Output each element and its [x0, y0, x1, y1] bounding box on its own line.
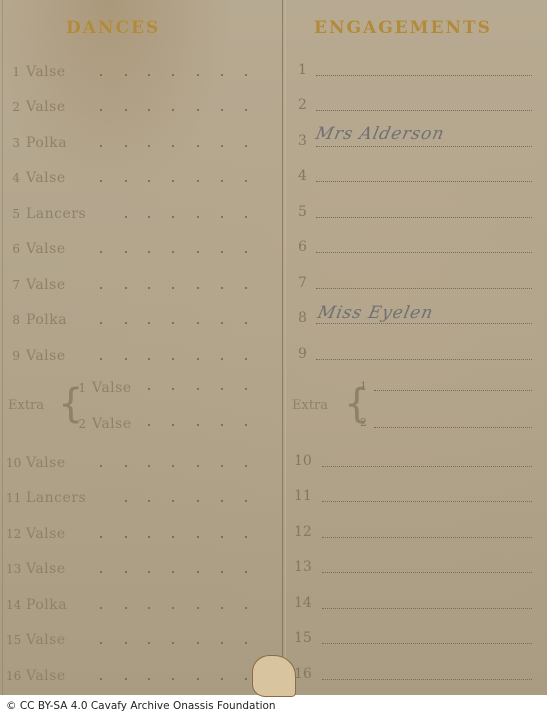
- dance-name: Polka: [26, 312, 67, 328]
- leader-dot: [221, 358, 223, 360]
- engagement-line[interactable]: [316, 288, 532, 289]
- leader-dot: [172, 642, 174, 644]
- leader-dot: [172, 678, 174, 680]
- dance-row: 12Valse: [6, 522, 66, 546]
- dance-name: Polka: [26, 597, 67, 613]
- dance-row: 2Valse: [6, 95, 66, 119]
- leader-dot: [148, 322, 150, 324]
- leader-dot: [245, 500, 247, 502]
- leader-dot: [125, 500, 127, 502]
- dance-row: 3Polka: [6, 131, 67, 155]
- engagement-line[interactable]: [322, 466, 532, 467]
- leader-dot: [221, 287, 223, 289]
- dance-row: 7Valse: [6, 273, 66, 297]
- engagement-extra-line[interactable]: [374, 390, 532, 391]
- center-fold-highlight: [285, 0, 286, 695]
- engagement-number: 13: [294, 559, 312, 575]
- engagement-number: 6: [298, 239, 307, 255]
- engagement-number: 4: [298, 168, 307, 184]
- leader-dot: [197, 500, 199, 502]
- dance-number: 2: [6, 100, 20, 114]
- leader-dot: [197, 642, 199, 644]
- leader-dot: [148, 607, 150, 609]
- engagement-line[interactable]: [316, 323, 532, 324]
- dance-row: 5Lancers: [6, 202, 86, 226]
- dance-row: 10Valse: [6, 451, 66, 475]
- dances-extra-item: 1 Valse: [72, 376, 132, 400]
- dance-name: Valse: [26, 170, 66, 186]
- dance-row: 11Lancers: [6, 486, 86, 510]
- engagement-extra-line[interactable]: [374, 427, 532, 428]
- engagement-line[interactable]: [322, 537, 532, 538]
- leader-dot: [172, 216, 174, 218]
- dance-row: 13Valse: [6, 557, 66, 581]
- leader-dot: [125, 607, 127, 609]
- leader-dot: [100, 74, 102, 76]
- dance-name: Valse: [26, 64, 66, 80]
- engagement-line[interactable]: [316, 181, 532, 182]
- leader-dot: [221, 571, 223, 573]
- leader-dot: [221, 180, 223, 182]
- dances-extra-item: 2 Valse: [72, 412, 132, 436]
- leader-dot: [172, 74, 174, 76]
- engagements-heading: ENGAGEMENTS: [314, 18, 492, 38]
- dance-number: 3: [6, 136, 20, 150]
- dance-extra-name: Valse: [92, 380, 132, 396]
- engagement-line[interactable]: [322, 608, 532, 609]
- engagement-number: 11: [294, 488, 312, 504]
- dance-row: 14Polka: [6, 593, 67, 617]
- leader-dot: [197, 322, 199, 324]
- engagement-line[interactable]: [322, 501, 532, 502]
- leader-dot: [245, 145, 247, 147]
- card-edge: [2, 0, 3, 695]
- leader-dot: [197, 678, 199, 680]
- leader-dot: [197, 571, 199, 573]
- leader-dot: [197, 536, 199, 538]
- dance-name: Valse: [26, 348, 66, 364]
- leader-dot: [125, 180, 127, 182]
- engagement-number: 7: [298, 275, 307, 291]
- leader-dot: [100, 607, 102, 609]
- dance-number: 1: [6, 65, 20, 79]
- leader-dot: [125, 465, 127, 467]
- engagement-extra-number: 1: [360, 380, 367, 393]
- dance-row: 9Valse: [6, 344, 66, 368]
- leader-dot: [172, 607, 174, 609]
- credit-footer: © CC BY-SA 4.0 Cavafy Archive Onassis Fo…: [6, 700, 276, 712]
- leader-dot: [148, 424, 150, 426]
- engagement-line[interactable]: [316, 110, 532, 111]
- leader-dot: [100, 678, 102, 680]
- leader-dot: [245, 678, 247, 680]
- leader-dot: [125, 109, 127, 111]
- engagement-line[interactable]: [322, 643, 532, 644]
- leader-dot: [125, 358, 127, 360]
- torn-corner: [252, 655, 296, 697]
- engagement-number: 9: [298, 346, 307, 362]
- center-fold: [282, 0, 283, 695]
- leader-dot: [245, 642, 247, 644]
- leader-dot: [172, 465, 174, 467]
- leader-dot: [148, 74, 150, 76]
- dance-name: Valse: [26, 526, 66, 542]
- leader-dot: [125, 536, 127, 538]
- dance-row: 6Valse: [6, 237, 66, 261]
- leader-dot: [148, 145, 150, 147]
- engagement-line[interactable]: [316, 359, 532, 360]
- dance-row: 4Valse: [6, 166, 66, 190]
- dance-name: Lancers: [26, 490, 86, 506]
- leader-dot: [125, 145, 127, 147]
- leader-dot: [245, 465, 247, 467]
- leader-dot: [197, 180, 199, 182]
- engagement-line[interactable]: [316, 252, 532, 253]
- leader-dot: [172, 180, 174, 182]
- engagement-number: 14: [294, 595, 312, 611]
- leader-dot: [148, 251, 150, 253]
- dance-number: 16: [6, 669, 20, 683]
- leader-dot: [125, 678, 127, 680]
- leader-dot: [100, 180, 102, 182]
- leader-dot: [148, 536, 150, 538]
- leader-dot: [100, 322, 102, 324]
- leader-dot: [197, 388, 199, 390]
- engagement-line[interactable]: [322, 679, 532, 680]
- leader-dot: [148, 388, 150, 390]
- engagement-extra-number: 2: [360, 416, 367, 429]
- leader-dot: [100, 571, 102, 573]
- dance-card: DANCES ENGAGEMENTS 1Valse2Valse3Polka4Va…: [0, 0, 547, 695]
- leader-dot: [100, 251, 102, 253]
- engagement-number: 16: [294, 666, 312, 682]
- dances-heading: DANCES: [66, 18, 160, 38]
- leader-dot: [245, 358, 247, 360]
- leader-dot: [221, 74, 223, 76]
- leader-dot: [197, 424, 199, 426]
- leader-dot: [100, 536, 102, 538]
- leader-dot: [100, 465, 102, 467]
- dance-name: Valse: [26, 277, 66, 293]
- leader-dot: [245, 571, 247, 573]
- leader-dot: [172, 571, 174, 573]
- leader-dot: [100, 642, 102, 644]
- leader-dot: [172, 424, 174, 426]
- leader-dot: [245, 388, 247, 390]
- leader-dot: [197, 358, 199, 360]
- dance-number: 4: [6, 171, 20, 185]
- dance-number: 8: [6, 313, 20, 327]
- leader-dot: [245, 74, 247, 76]
- leader-dot: [172, 536, 174, 538]
- leader-dot: [148, 358, 150, 360]
- engagement-number: 2: [298, 97, 307, 113]
- leader-dot: [221, 465, 223, 467]
- dance-name: Valse: [26, 561, 66, 577]
- handwritten-entry-8: Miss Eyelen: [316, 303, 435, 323]
- leader-dot: [125, 571, 127, 573]
- engagement-line[interactable]: [322, 572, 532, 573]
- leader-dot: [245, 287, 247, 289]
- engagement-number: 10: [294, 453, 312, 469]
- leader-dot: [148, 287, 150, 289]
- engagement-number: 15: [294, 630, 312, 646]
- leader-dot: [148, 642, 150, 644]
- leader-dot: [197, 465, 199, 467]
- leader-dot: [100, 358, 102, 360]
- leader-dot: [221, 388, 223, 390]
- leader-dot: [172, 251, 174, 253]
- leader-dot: [245, 251, 247, 253]
- dance-name: Valse: [26, 99, 66, 115]
- dance-name: Lancers: [26, 206, 86, 222]
- leader-dot: [221, 251, 223, 253]
- leader-dot: [125, 287, 127, 289]
- leader-dot: [197, 216, 199, 218]
- dance-name: Valse: [26, 455, 66, 471]
- leader-dot: [148, 109, 150, 111]
- dance-number: 9: [6, 349, 20, 363]
- dance-number: 14: [6, 598, 20, 612]
- leader-dot: [148, 678, 150, 680]
- leader-dot: [245, 216, 247, 218]
- leader-dot: [100, 109, 102, 111]
- leader-dot: [245, 536, 247, 538]
- leader-dot: [221, 424, 223, 426]
- engagement-line[interactable]: [316, 217, 532, 218]
- leader-dot: [221, 678, 223, 680]
- engagement-line[interactable]: [316, 146, 532, 147]
- leader-dot: [197, 287, 199, 289]
- engagement-number: 12: [294, 524, 312, 540]
- leader-dot: [172, 287, 174, 289]
- dance-number: 5: [6, 207, 20, 221]
- dances-extra-label: Extra: [8, 398, 44, 413]
- leader-dot: [100, 145, 102, 147]
- dance-extra-number: 2: [72, 417, 86, 431]
- leader-dot: [172, 145, 174, 147]
- leader-dot: [172, 322, 174, 324]
- leader-dot: [148, 571, 150, 573]
- leader-dot: [221, 500, 223, 502]
- dance-name: Valse: [26, 668, 66, 684]
- handwritten-entry-3: Mrs Alderson: [314, 124, 447, 144]
- leader-dot: [221, 642, 223, 644]
- dance-extra-number: 1: [72, 381, 86, 395]
- dance-row: 16Valse: [6, 664, 66, 688]
- leader-dot: [148, 465, 150, 467]
- leader-dot: [197, 74, 199, 76]
- leader-dot: [125, 322, 127, 324]
- leader-dot: [245, 424, 247, 426]
- dance-number: 11: [6, 491, 20, 505]
- dance-number: 15: [6, 633, 20, 647]
- leader-dot: [197, 145, 199, 147]
- leader-dot: [245, 109, 247, 111]
- engagement-line[interactable]: [316, 75, 532, 76]
- leader-dot: [148, 500, 150, 502]
- leader-dot: [245, 322, 247, 324]
- leader-dot: [221, 322, 223, 324]
- leader-dot: [100, 287, 102, 289]
- leader-dot: [125, 74, 127, 76]
- leader-dot: [221, 145, 223, 147]
- dance-name: Valse: [26, 241, 66, 257]
- dance-row: 1Valse: [6, 60, 66, 84]
- leader-dot: [221, 109, 223, 111]
- leader-dot: [172, 388, 174, 390]
- dance-number: 10: [6, 456, 20, 470]
- leader-dot: [245, 607, 247, 609]
- dance-number: 12: [6, 527, 20, 541]
- leader-dot: [221, 607, 223, 609]
- engagement-number: 8: [298, 310, 307, 326]
- engagement-number: 5: [298, 204, 307, 220]
- leader-dot: [221, 216, 223, 218]
- engagements-extra-label: Extra: [292, 398, 328, 413]
- leader-dot: [125, 216, 127, 218]
- leader-dot: [125, 251, 127, 253]
- dance-extra-name: Valse: [92, 416, 132, 432]
- leader-dot: [125, 642, 127, 644]
- leader-dot: [197, 607, 199, 609]
- leader-dot: [197, 109, 199, 111]
- leader-dot: [172, 500, 174, 502]
- leader-dot: [221, 536, 223, 538]
- dance-number: 13: [6, 562, 20, 576]
- leader-dot: [197, 251, 199, 253]
- leader-dot: [148, 216, 150, 218]
- leader-dot: [172, 358, 174, 360]
- dance-number: 7: [6, 278, 20, 292]
- engagement-number: 1: [298, 62, 307, 78]
- dance-row: 8Polka: [6, 308, 67, 332]
- engagement-number: 3: [298, 133, 307, 149]
- dance-number: 6: [6, 242, 20, 256]
- leader-dot: [148, 180, 150, 182]
- dance-row: 15Valse: [6, 628, 66, 652]
- dance-name: Polka: [26, 135, 67, 151]
- dance-name: Valse: [26, 632, 66, 648]
- leader-dot: [245, 180, 247, 182]
- leader-dot: [172, 109, 174, 111]
